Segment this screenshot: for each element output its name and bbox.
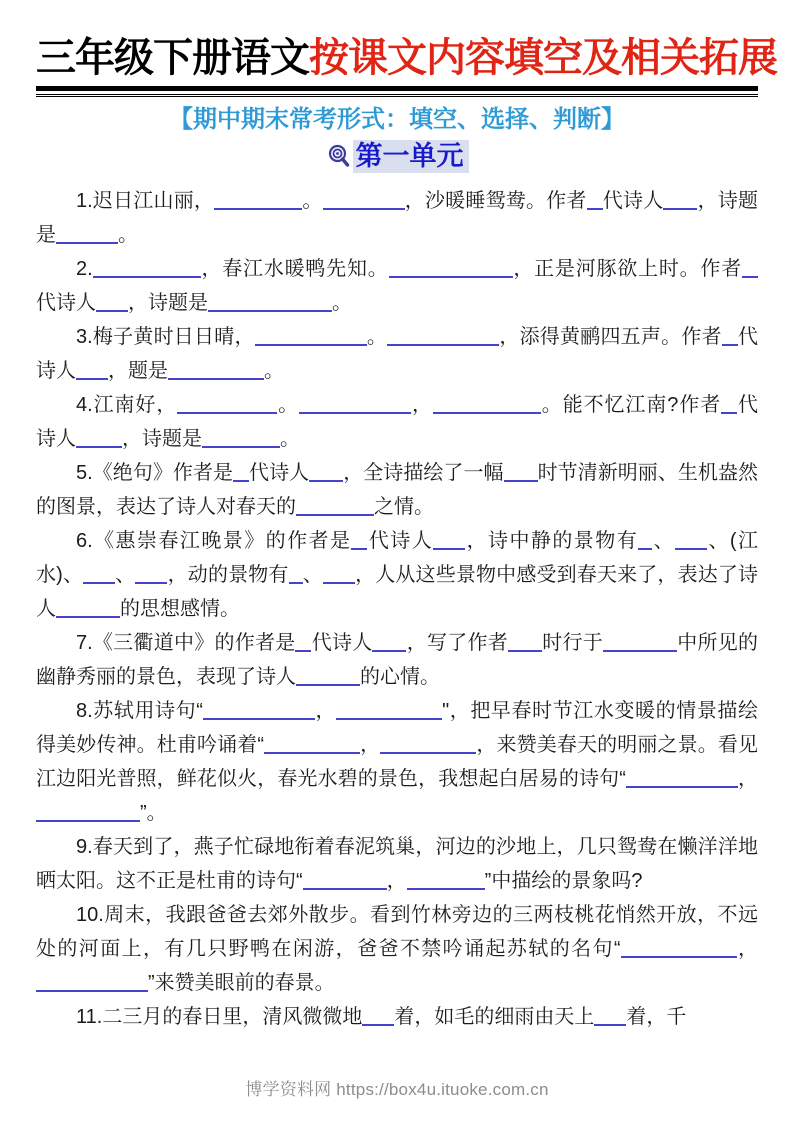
question-1: 1.迟日江山丽，。，沙暖睡鸳鸯。作者代诗人，诗题是。 <box>36 184 758 252</box>
fill-in-blank <box>214 190 302 210</box>
fill-in-blank <box>208 292 332 312</box>
fill-in-blank <box>202 428 280 448</box>
title-grade-part: 三年级下册语文 <box>36 36 309 80</box>
fill-in-blank <box>36 972 148 992</box>
question-11: 11.二三月的春日里，清风微微地着，如毛的细雨由天上着，千 <box>36 1000 758 1034</box>
fill-in-blank <box>135 564 167 584</box>
fill-in-blank <box>603 632 677 652</box>
fill-in-blank <box>742 258 758 278</box>
fill-in-blank <box>303 870 387 890</box>
fill-in-blank <box>289 564 303 584</box>
fill-in-blank <box>721 394 737 414</box>
question-9: 9.春天到了，燕子忙碌地衔着春泥筑巢，河边的沙地上，几只鸳鸯在懒洋洋地晒太阳。这… <box>36 830 758 898</box>
unit-header: 第一单元 <box>36 140 758 174</box>
question-10: 10.周末，我跟爸爸去郊外散步。看到竹林旁边的三两枝桃花悄然开放，不远处的河面上… <box>36 898 758 1000</box>
fill-in-blank <box>722 326 738 346</box>
fill-in-blank <box>233 462 249 482</box>
fill-in-blank <box>362 1006 394 1026</box>
question-4: 4.江南好，。，。能不忆江南?作者代诗人，诗题是。 <box>36 388 758 456</box>
question-2: 2.，春江水暖鸭先知。，正是河豚欲上时。作者代诗人，诗题是。 <box>36 252 758 320</box>
fill-in-blank <box>76 428 122 448</box>
fill-in-blank <box>387 326 499 346</box>
fill-in-blank <box>93 258 201 278</box>
divider-double-thin <box>36 94 758 97</box>
question-6: 6.《惠崇春江晚景》的作者是代诗人，诗中静的景物有、、(江水)、、，动的景物有、… <box>36 524 758 626</box>
fill-in-blank <box>508 632 542 652</box>
fill-in-blank <box>433 394 541 414</box>
fill-in-blank <box>594 1006 626 1026</box>
page-title: 三年级下册语文按课文内容填空及相关拓展 <box>36 34 758 82</box>
fill-in-blank <box>203 700 315 720</box>
question-5: 5.《绝句》作者是代诗人，全诗描绘了一幅时节清新明丽、生机盎然的图景，表达了诗人… <box>36 456 758 524</box>
fill-in-blank <box>96 292 128 312</box>
fill-in-blank <box>299 394 411 414</box>
page-footer: 博学资料网 https://box4u.ituoke.com.cn <box>0 1075 794 1100</box>
fill-in-blank <box>389 258 513 278</box>
fill-in-blank <box>264 734 360 754</box>
fill-in-blank <box>296 496 374 516</box>
watermark-url: 博学资料网 https://box4u.ituoke.com.cn <box>245 1080 548 1099</box>
question-8: 8.苏轼用诗句“，"，把早春时节江水变暖的情景描绘得美妙传神。杜甫吟诵着“，，来… <box>36 694 758 830</box>
question-3: 3.梅子黄时日日晴，。，添得黄鹂四五声。作者代诗人，题是。 <box>36 320 758 388</box>
fill-in-blank <box>83 564 115 584</box>
fill-in-blank <box>675 530 707 550</box>
fill-in-blank <box>295 632 311 652</box>
fill-in-blank <box>433 530 465 550</box>
fill-in-blank <box>638 530 652 550</box>
magnifier-icon <box>326 143 352 169</box>
fill-in-blank <box>177 394 277 414</box>
fill-in-blank <box>691 938 737 958</box>
fill-in-blank <box>56 598 120 618</box>
fill-in-blank <box>380 734 476 754</box>
questions-list: 1.迟日江山丽，。，沙暖睡鸳鸯。作者代诗人，诗题是。2.，春江水暖鸭先知。，正是… <box>36 184 758 1034</box>
fill-in-blank <box>323 190 405 210</box>
fill-in-blank <box>255 326 367 346</box>
page-header: 三年级下册语文按课文内容填空及相关拓展 【期中期末常考形式：填空、选择、判断】 … <box>36 34 758 174</box>
question-7: 7.《三衢道中》的作者是代诗人，写了作者时行于中所见的幽静秀丽的景色，表现了诗人… <box>36 626 758 694</box>
fill-in-blank <box>351 530 367 550</box>
divider-double-thick <box>36 86 758 91</box>
fill-in-blank <box>663 190 697 210</box>
fill-in-blank <box>336 700 442 720</box>
fill-in-blank <box>407 870 485 890</box>
fill-in-blank <box>36 802 140 822</box>
fill-in-blank <box>296 666 360 686</box>
unit-title: 第一单元 <box>353 140 469 173</box>
title-topic-part: 按课文内容填空及相关拓展 <box>309 36 777 80</box>
fill-in-blank <box>168 360 264 380</box>
exam-format-subtitle: 【期中期末常考形式：填空、选择、判断】 <box>36 106 758 135</box>
fill-in-blank <box>76 360 108 380</box>
fill-in-blank <box>504 462 538 482</box>
fill-in-blank <box>323 564 355 584</box>
fill-in-blank <box>587 190 603 210</box>
fill-in-blank <box>309 462 343 482</box>
fill-in-blank <box>372 632 406 652</box>
fill-in-blank <box>56 224 118 244</box>
fill-in-blank <box>621 938 691 958</box>
fill-in-blank <box>626 768 738 788</box>
document-page: 三年级下册语文按课文内容填空及相关拓展 【期中期末常考形式：填空、选择、判断】 … <box>0 0 794 1122</box>
